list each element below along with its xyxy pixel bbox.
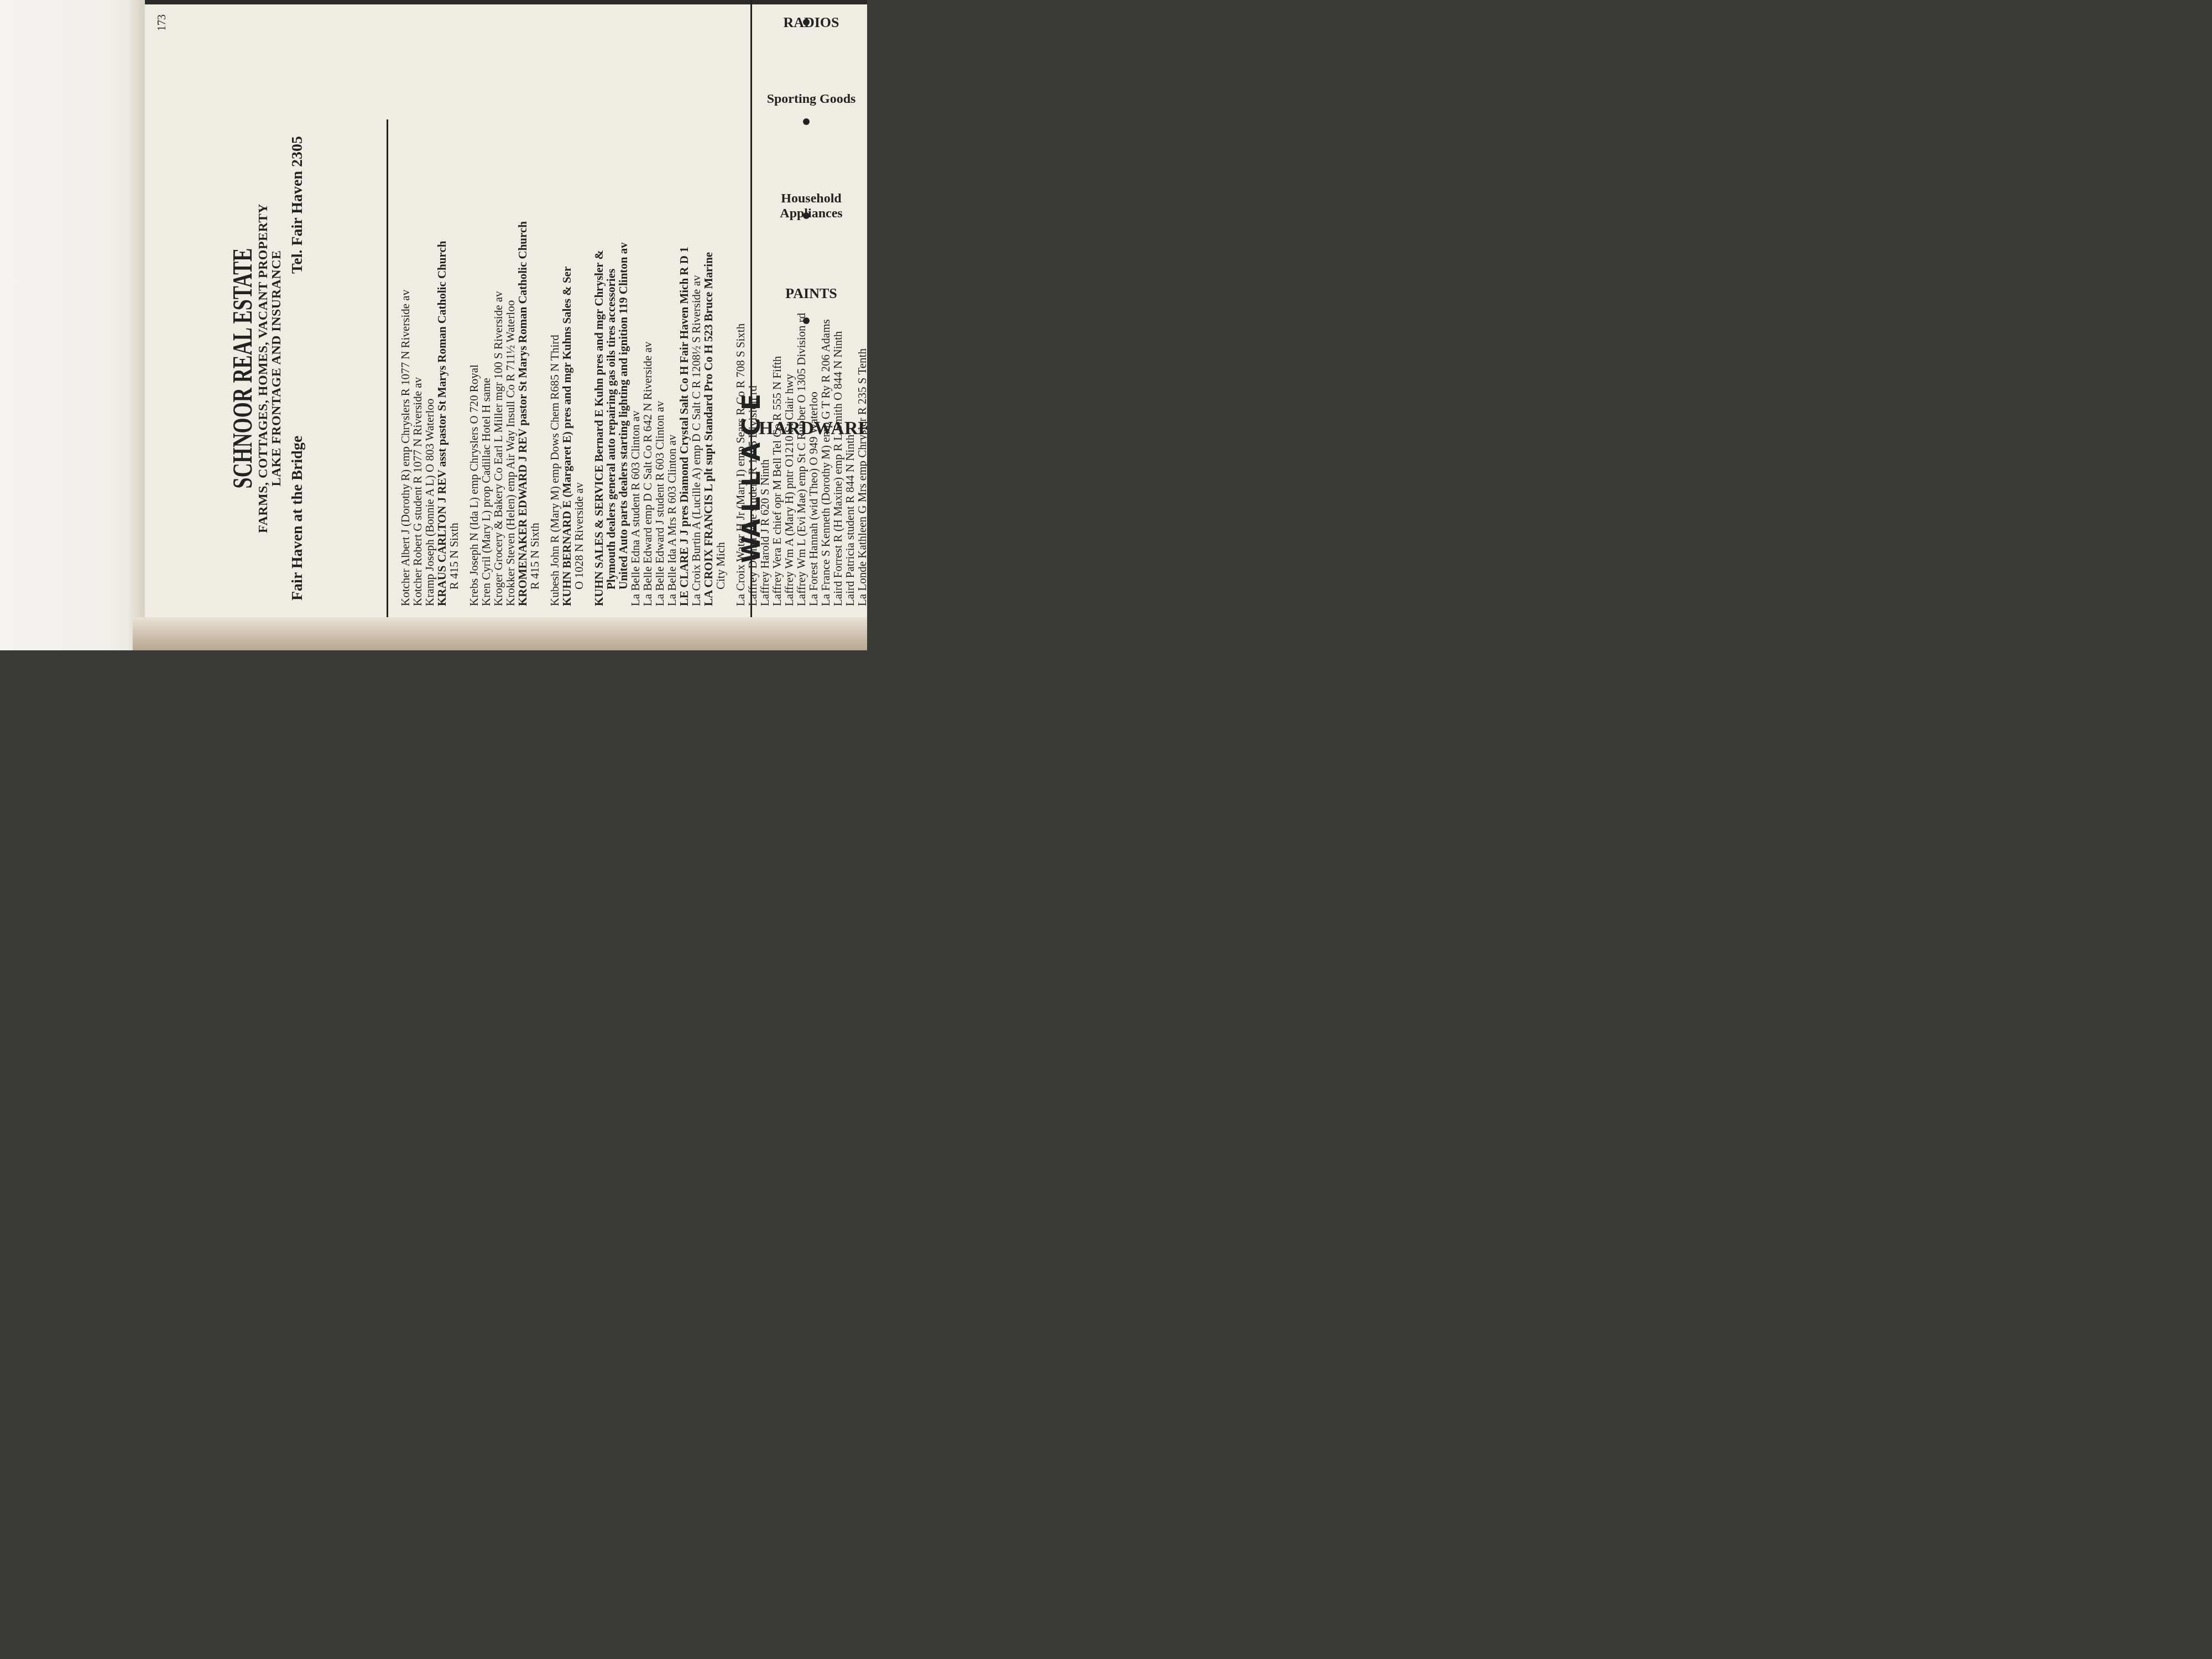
ad-letter: W xyxy=(739,538,765,563)
directory-entry: La Belle Edward emp D C Salt Co R 642 N … xyxy=(641,108,654,606)
bullet-icon xyxy=(803,317,810,324)
directory-entry: Kren Cyril (Mary L) prop Cadillac Hotel … xyxy=(480,108,492,606)
ad-letter: A xyxy=(739,512,765,538)
directory-entry: Plymouth dealers general auto repairing … xyxy=(605,108,617,606)
advert-phone: Tel. Fair Haven 2305 xyxy=(289,136,306,274)
ad-item: Sporting Goods xyxy=(759,92,864,107)
directory-entry: City Mich xyxy=(714,108,727,606)
directory-entry: LE CLARE J J pres Diamond Crystal Salt C… xyxy=(678,108,690,606)
advert-subtitle-1: FARMS, COTTAGES, HOMES, VACANT PROPERTY xyxy=(257,119,270,617)
bullet-icon xyxy=(803,118,810,125)
directory-entry: KUHN BERNARD E (Margaret E) pres and mgr… xyxy=(561,108,573,606)
ad-item: HARDWARE xyxy=(759,418,864,439)
directory-entry: La Belle Edward J student R 603 Clinton … xyxy=(654,108,666,606)
directory-entry: R 415 N Sixth xyxy=(529,108,541,606)
advert-subtitle-2: LAKE FRONTAGE AND INSURANCE xyxy=(270,119,283,617)
ad-letter: A xyxy=(739,436,765,461)
directory-entry: KRAUS CARLTON J REV asst pastor St Marys… xyxy=(436,108,448,606)
header-divider xyxy=(387,119,388,617)
ad-item: Household Appliances xyxy=(759,191,864,221)
directory-entry: LA CROIX FRANCIS L plt supt Standard Pro… xyxy=(702,108,714,606)
directory-entry: Krokker Steven (Helen) emp Air Way Insul… xyxy=(504,108,517,606)
wallace-hardware-ad: WALLACE HARDWAREPAINTSHousehold Applianc… xyxy=(759,0,864,617)
directory-entry: Kroger Grocery & Bakery Co Earl L Miller… xyxy=(492,108,504,606)
advert-header: SCHNOOR REAL ESTATE FARMS, COTTAGES, HOM… xyxy=(228,119,306,617)
ad-item: PAINTS xyxy=(759,285,864,302)
ad-letter: E xyxy=(739,385,765,410)
ad-brand-letters: WALLACE xyxy=(739,385,867,563)
ad-letter: L xyxy=(739,461,765,487)
directory-entry: Kotcher Robert G student R 1077 N Rivers… xyxy=(411,108,424,606)
directory-entry: Kotcher Albert J (Dorothy R) emp Chrysle… xyxy=(399,108,411,606)
directory-entry: Kubesh John R (Mary M) emp Dows Chem R68… xyxy=(549,108,561,606)
advert-location: Fair Haven at the Bridge xyxy=(289,436,306,601)
directory-entry: La Croix Burtin A (Lucille A) emp D C Sa… xyxy=(690,108,702,606)
page-edge xyxy=(133,617,867,650)
directory-entry: KROMENAKER EDWARD J REV pastor St Marys … xyxy=(517,108,529,606)
ad-letter: L xyxy=(739,487,765,512)
directory-entry: La Belle Edna A student R 603 Clinton av xyxy=(629,108,641,606)
rotated-page-content: 173 SCHNOOR REAL ESTATE FARMS, COTTAGES,… xyxy=(145,0,867,617)
directory-entry: KUHN SALES & SERVICE Bernard E Kuhn pres… xyxy=(593,108,605,606)
directory-entry: La Belle Ida A Mrs R 603 Clinton av xyxy=(666,108,678,606)
ad-item: RADIOS xyxy=(759,14,864,31)
advert-contact-line: Fair Haven at the Bridge Tel. Fair Haven… xyxy=(289,119,306,617)
directory-entry: R 415 N Sixth xyxy=(448,108,460,606)
directory-entry: O 1028 N Riverside av xyxy=(573,108,585,606)
directory-entry: United Auto parts dealers starting light… xyxy=(617,108,629,606)
advert-title: SCHNOOR REAL ESTATE xyxy=(228,189,257,547)
directory-entry: Kramp Joseph (Bonnie A L) O 803 Waterloo xyxy=(424,108,436,606)
facing-page-blank xyxy=(0,0,138,650)
directory-entry: Krebs Joseph N (Ida L) emp Chryslers O 7… xyxy=(468,108,480,606)
page-number: 173 xyxy=(156,14,169,31)
